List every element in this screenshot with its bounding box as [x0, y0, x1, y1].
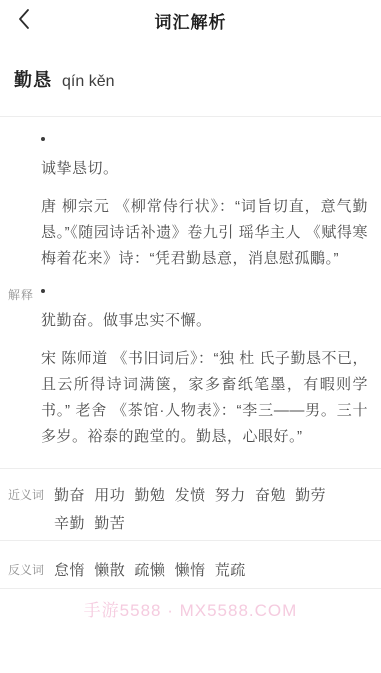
antonym-word[interactable]: 荒疏: [215, 557, 246, 585]
definition-citation-2: 宋 陈师道 《书旧词后》：“独 杜 氏子勤恳不已，且云所得诗词满箧，家多畜纸笔墨…: [41, 346, 368, 450]
definition-meaning-1: 诚挚恳切。: [41, 156, 368, 182]
back-button[interactable]: [6, 2, 40, 36]
antonym-word[interactable]: 懒散: [94, 557, 125, 585]
synonyms-label: 近义词: [8, 482, 54, 538]
synonym-word[interactable]: 发愤: [175, 482, 206, 510]
definition-meaning-2: 犹勤奋。做事忠实不懈。: [41, 308, 368, 334]
vocabulary-analysis-page: 词汇解析 勤恳 qín kěn 诚挚恳切。 唐 柳宗元 《柳常侍行状》：“词旨切…: [0, 0, 381, 673]
synonym-word[interactable]: 奋勉: [255, 482, 286, 510]
definitions-label: 解释: [0, 284, 41, 450]
word-pinyin: qín kěn: [62, 73, 114, 91]
synonym-word[interactable]: 努力: [215, 482, 246, 510]
definitions-section: 诚挚恳切。 唐 柳宗元 《柳常侍行状》：“词旨切直，意气勤恳。”《随园诗话补遗》…: [0, 117, 381, 468]
antonym-word[interactable]: 疏懒: [134, 557, 165, 585]
definition-content-2: 犹勤奋。做事忠实不懈。 宋 陈师道 《书旧词后》：“独 杜 氏子勤恳不已，且云所…: [41, 284, 381, 450]
header: 词汇解析: [0, 0, 381, 40]
definition-content-1: 诚挚恳切。 唐 柳宗元 《柳常侍行状》：“词旨切直，意气勤恳。”《随园诗话补遗》…: [41, 132, 381, 272]
definition-block-2: 解释 犹勤奋。做事忠实不懈。 宋 陈师道 《书旧词后》：“独 杜 氏子勤恳不已，…: [0, 284, 381, 450]
label-spacer: [0, 132, 41, 272]
synonym-word[interactable]: 用功: [94, 482, 125, 510]
antonym-word[interactable]: 懒惰: [175, 557, 206, 585]
definition-citation-1: 唐 柳宗元 《柳常侍行状》：“词旨切直，意气勤恳。”《随园诗话补遗》卷九引 瑶华…: [41, 194, 368, 272]
synonym-word[interactable]: 勤奋: [54, 482, 85, 510]
synonym-word[interactable]: 勤劳: [295, 482, 326, 510]
word-header: 勤恳 qín kěn: [0, 40, 381, 116]
chevron-left-icon: [17, 8, 30, 30]
synonym-word[interactable]: 辛勤: [54, 510, 85, 538]
antonym-word[interactable]: 怠惰: [54, 557, 85, 585]
bullet-icon: [41, 137, 45, 141]
bullet-row: [41, 284, 368, 300]
divider: [0, 588, 381, 589]
synonym-word[interactable]: 勤勉: [134, 482, 165, 510]
word-text: 勤恳: [14, 66, 52, 92]
antonyms-list: 怠惰 懒散 疏懒 懒惰 荒疏: [54, 557, 347, 585]
synonym-word[interactable]: 勤苦: [94, 510, 125, 538]
antonyms-section: 反义词 怠惰 懒散 疏懒 懒惰 荒疏: [0, 541, 381, 588]
bullet-row: [41, 132, 368, 148]
synonyms-section: 近义词 勤奋 用功 勤勉 发愤 努力 奋勉 勤劳 辛勤 勤苦: [0, 469, 381, 540]
watermark: 手游5588 · MX5588.COM: [0, 596, 381, 621]
synonyms-list: 勤奋 用功 勤勉 发愤 努力 奋勉 勤劳 辛勤 勤苦: [54, 482, 347, 538]
bullet-icon: [41, 289, 45, 293]
definition-block-1: 诚挚恳切。 唐 柳宗元 《柳常侍行状》：“词旨切直，意气勤恳。”《随园诗话补遗》…: [0, 132, 381, 272]
page-title: 词汇解析: [155, 8, 227, 33]
antonyms-label: 反义词: [8, 557, 54, 585]
